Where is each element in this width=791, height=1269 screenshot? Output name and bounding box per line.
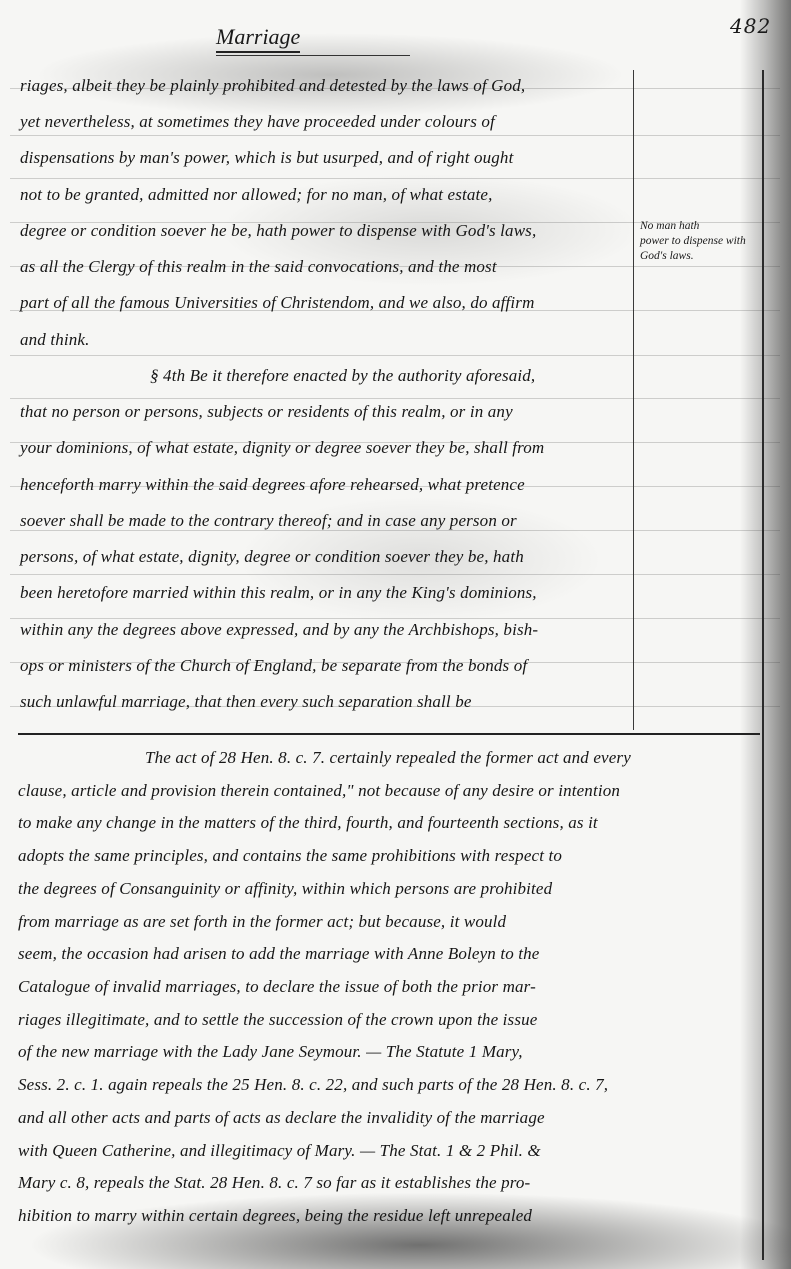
text-line: yet nevertheless, at sometimes they have… <box>20 112 495 132</box>
text-line: riages illegitimate, and to settle the s… <box>18 1010 537 1030</box>
text-line: adopts the same principles, and contains… <box>18 846 562 866</box>
margin-note-line: No man hath <box>640 219 760 234</box>
ledger-rule <box>10 574 780 575</box>
text-line: of the new marriage with the Lady Jane S… <box>18 1042 523 1062</box>
text-line: been heretofore married within this real… <box>20 583 537 603</box>
text-line: with Queen Catherine, and illegitimacy o… <box>18 1141 541 1161</box>
text-line: soever shall be made to the contrary the… <box>20 511 517 531</box>
text-line: part of all the famous Universities of C… <box>20 293 535 313</box>
ledger-rule <box>10 398 780 399</box>
text-line: within any the degrees above expressed, … <box>20 620 538 640</box>
ledger-rule <box>10 178 780 179</box>
margin-note-line: God's laws. <box>640 249 760 264</box>
text-line: such unlawful marriage, that then every … <box>20 692 472 712</box>
page-number: 482 <box>730 14 771 38</box>
text-line: persons, of what estate, dignity, degree… <box>20 547 524 567</box>
section-divider <box>18 733 760 735</box>
text-line: seem, the occasion had arisen to add the… <box>18 944 540 964</box>
text-line: the degrees of Consanguinity or affinity… <box>18 879 552 899</box>
text-line: dispensations by man's power, which is b… <box>20 148 513 168</box>
manuscript-page: Marriage 482 riages, albeit they be plai… <box>0 0 791 1269</box>
margin-note-line: power to dispense with <box>640 234 760 249</box>
margin-note: No man hath power to dispense with God's… <box>640 219 760 264</box>
text-line: hibition to marry within certain degrees… <box>18 1206 532 1226</box>
text-line: that no person or persons, subjects or r… <box>20 402 513 422</box>
text-line: and think. <box>20 330 90 350</box>
text-line: your dominions, of what estate, dignity … <box>20 438 544 458</box>
ledger-rule <box>10 618 780 619</box>
text-line: Sess. 2. c. 1. again repeals the 25 Hen.… <box>18 1075 608 1095</box>
text-line: Catalogue of invalid marriages, to decla… <box>18 977 536 997</box>
text-line: clause, article and provision therein co… <box>18 781 620 801</box>
text-line: Mary c. 8, repeals the Stat. 28 Hen. 8. … <box>18 1173 530 1193</box>
page-heading: Marriage <box>216 24 300 53</box>
text-line: ops or ministers of the Church of Englan… <box>20 656 527 676</box>
text-line: henceforth marry within the said degrees… <box>20 475 525 495</box>
ledger-rule <box>10 355 780 356</box>
ledger-rule <box>10 135 780 136</box>
text-line: degree or condition soever he be, hath p… <box>20 221 536 241</box>
text-line: not to be granted, admitted nor allowed;… <box>20 185 492 205</box>
page-edge-rule <box>762 70 764 1260</box>
text-line: and all other acts and parts of acts as … <box>18 1108 545 1128</box>
text-line: as all the Clergy of this realm in the s… <box>20 257 497 277</box>
margin-column-rule <box>633 70 634 730</box>
text-line: The act of 28 Hen. 8. c. 7. certainly re… <box>145 748 631 768</box>
text-line: from marriage as are set forth in the fo… <box>18 912 506 932</box>
section-heading-line: § 4th Be it therefore enacted by the aut… <box>150 366 535 386</box>
text-line: to make any change in the matters of the… <box>18 813 598 833</box>
text-line: riages, albeit they be plainly prohibite… <box>20 76 525 96</box>
